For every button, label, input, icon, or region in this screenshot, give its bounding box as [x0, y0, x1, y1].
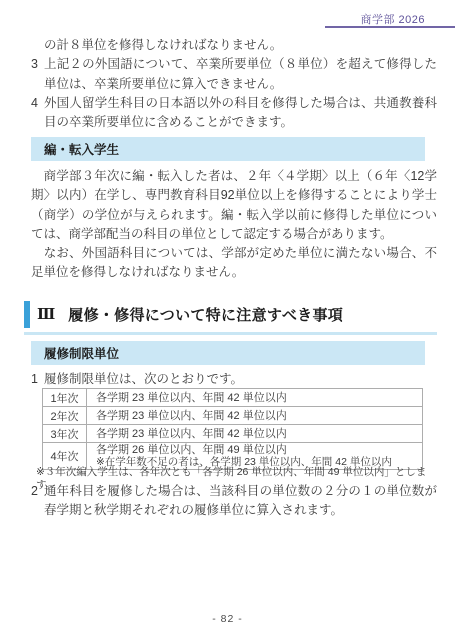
item-number: 4 [31, 94, 44, 133]
limit-text: 各学期 26 単位以内、年間 49 単位以内 [96, 444, 418, 456]
item-number [31, 36, 44, 55]
main-heading-section-3: Ⅲ 履修・修得について特に注意すべき事項 [24, 301, 437, 335]
item-number: 2 [31, 482, 44, 521]
limit-text: 各学期 23 単位以内、年間 42 単位以内 [96, 392, 418, 404]
table-row-year1: 1年次 各学期 23 単位以内、年間 42 単位以内 [43, 389, 423, 407]
table-row-year3: 3年次 各学期 23 単位以内、年間 42 単位以内 [43, 425, 423, 443]
intro-numbered-list: の計８単位を修得しなければなりません。 3 上記２の外国語について、卒業所要単位… [31, 36, 437, 132]
limit-cell: 各学期 23 単位以内、年間 42 単位以内 [87, 425, 423, 443]
limit-item-2: 2 通年科目を履修した場合は、当該科目の単位数の２分の１の単位数が春学期と秋学期… [31, 482, 437, 521]
item-text: 上記２の外国語について、卒業所要単位（８単位）を超えて修得した単位は、卒業所要単… [44, 55, 437, 94]
limit-text: 各学期 23 単位以内、年間 42 単位以内 [96, 428, 418, 440]
list-item-3: 3 上記２の外国語について、卒業所要単位（８単位）を超えて修得した単位は、卒業所… [31, 55, 437, 94]
year-cell: 2年次 [43, 407, 87, 425]
list-item-continuation: の計８単位を修得しなければなりません。 [31, 36, 437, 55]
limit-section-header: 履修制限単位 [31, 341, 425, 365]
list-item-4: 4 外国人留学生科目の日本語以外の科目を修得した場合は、共通教養科目の卒業所要単… [31, 94, 437, 133]
transfer-section-header: 編・転入学生 [31, 137, 425, 161]
item-text: の計８単位を修得しなければなりません。 [44, 36, 437, 55]
limit-item-1: 1 履修制限単位は、次のとおりです。 [31, 370, 437, 389]
item-text: 外国人留学生科目の日本語以外の科目を修得した場合は、共通教養科目の卒業所要単位に… [44, 94, 437, 133]
header-rule [325, 26, 455, 28]
year-cell: 3年次 [43, 425, 87, 443]
transfer-paragraph-1: 商学部３年次に編・転入した者は、２年〈４学期〉以上（６年〈12学期〉以内）在学し… [31, 167, 437, 244]
header-faculty-year-label: 商学部 2026 [360, 11, 425, 27]
credit-limit-table: 1年次 各学期 23 単位以内、年間 42 単位以内 2年次 各学期 23 単位… [42, 388, 423, 470]
limit-text: 各学期 23 単位以内、年間 42 単位以内 [96, 410, 418, 422]
heading-number: Ⅲ [37, 305, 55, 324]
section-title: 編・転入学生 [31, 140, 119, 158]
limit-cell: 各学期 23 単位以内、年間 42 単位以内 [87, 407, 423, 425]
limit-cell: 各学期 23 単位以内、年間 42 単位以内 [87, 389, 423, 407]
table-row-year2: 2年次 各学期 23 単位以内、年間 42 単位以内 [43, 407, 423, 425]
section-title: 履修制限単位 [31, 344, 119, 362]
transfer-paragraphs: 商学部３年次に編・転入した者は、２年〈４学期〉以上（６年〈12学期〉以内）在学し… [31, 167, 437, 283]
item-number: 1 [31, 370, 44, 389]
list-item-1: 1 履修制限単位は、次のとおりです。 [31, 370, 437, 389]
heading-title: 履修・修得について特に注意すべき事項 [68, 304, 343, 325]
transfer-paragraph-2: なお、外国語科目については、学部が定めた単位に満たない場合、不足単位を修得しなけ… [31, 244, 437, 283]
item-number: 3 [31, 55, 44, 94]
document-page: 商学部 2026 の計８単位を修得しなければなりません。 3 上記２の外国語につ… [0, 0, 455, 644]
heading-underline [24, 332, 437, 335]
heading-accent-bar: Ⅲ 履修・修得について特に注意すべき事項 [24, 301, 437, 328]
list-item-2: 2 通年科目を履修した場合は、当該科目の単位数の２分の１の単位数が春学期と秋学期… [31, 482, 437, 521]
year-cell: 1年次 [43, 389, 87, 407]
item-text: 通年科目を履修した場合は、当該科目の単位数の２分の１の単位数が春学期と秋学期それ… [44, 482, 437, 521]
item-text: 履修制限単位は、次のとおりです。 [44, 370, 437, 389]
footer-page-number: - 82 - [0, 613, 455, 625]
